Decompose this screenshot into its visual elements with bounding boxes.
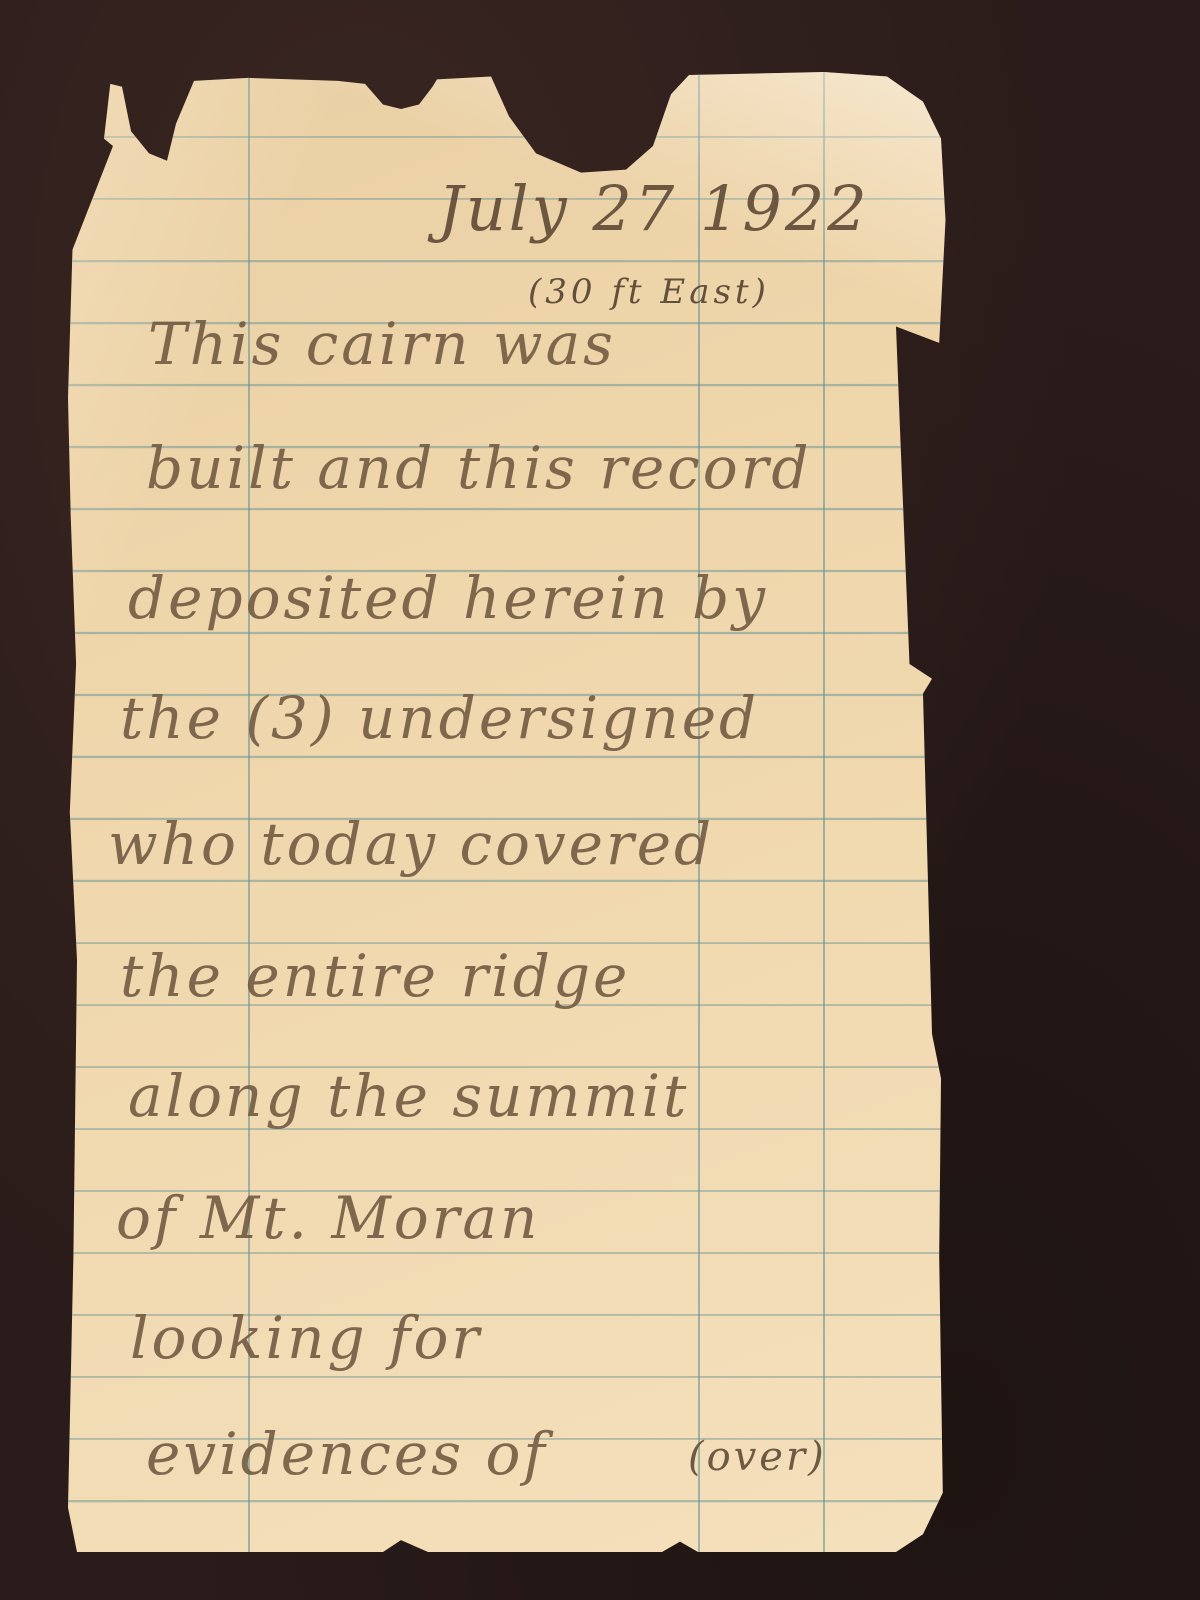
handwritten-line: deposited herein by [128, 564, 768, 632]
handwritten-line: evidences of [146, 1420, 548, 1488]
note-paper: July 27 1922 (30 ft East) This cairn was… [68, 72, 968, 1552]
handwritten-line: who today covered [108, 810, 714, 878]
handwritten-line: the entire ridge [120, 942, 630, 1010]
handwritten-line: the (3) undersigned [120, 684, 759, 752]
continuation-note: (over) [688, 1434, 827, 1480]
note-date: July 27 1922 [438, 172, 870, 245]
handwritten-line: looking for [130, 1304, 482, 1372]
handwritten-line: along the summit [128, 1062, 689, 1130]
handwritten-line: of Mt. Moran [116, 1184, 540, 1252]
location-note: (30 ft East) [528, 272, 770, 312]
handwritten-line: built and this record [146, 434, 812, 502]
handwritten-line: This cairn was [148, 310, 616, 378]
column-line [823, 72, 825, 1552]
